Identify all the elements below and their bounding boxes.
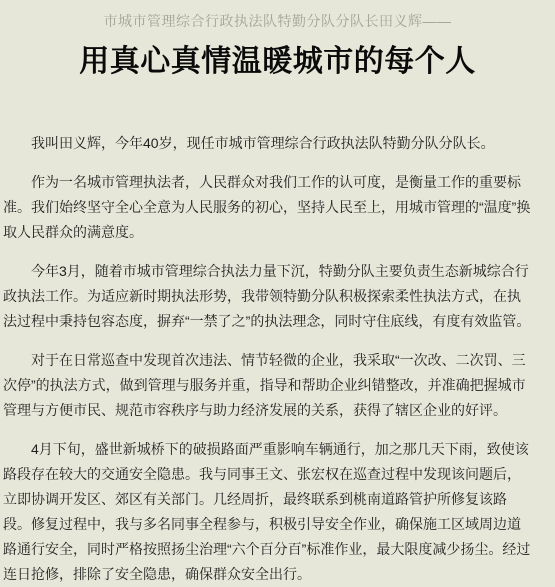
paragraph-march-enforcement: 今年3月，随着市城市管理综合执法力量下沉，特勤分队主要负责生态新城综合行政执法工… <box>3 259 533 334</box>
article-title: 用真心真情温暖城市的每个人 <box>0 43 555 81</box>
article-body: 我叫田义辉，今年40岁，现任市城市管理综合行政执法队特勤分队分队长。 作为一名城… <box>0 81 555 587</box>
article-page: 市城市管理综合行政执法队特勤分队分队长田义辉—— 用真心真情温暖城市的每个人 我… <box>0 0 555 587</box>
paragraph-inspection-policy: 对于在日常巡查中发现首次违法、情节轻微的企业，我采取“一次改、二次罚、三次停”的… <box>3 348 533 423</box>
paragraph-april-road-repair: 4月下旬，盛世新城桥下的破损路面严重影响车辆通行，加之那几天下雨，致使该路段存在… <box>3 437 533 587</box>
paragraph-intro: 我叫田义辉，今年40岁，现任市城市管理综合行政执法队特勤分队分队长。 <box>3 131 533 156</box>
article-kicker: 市城市管理综合行政执法队特勤分队分队长田义辉—— <box>0 0 555 31</box>
paragraph-philosophy: 作为一名城市管理执法者，人民群众对我们工作的认可度，是衡量工作的重要标准。我们始… <box>3 170 533 245</box>
